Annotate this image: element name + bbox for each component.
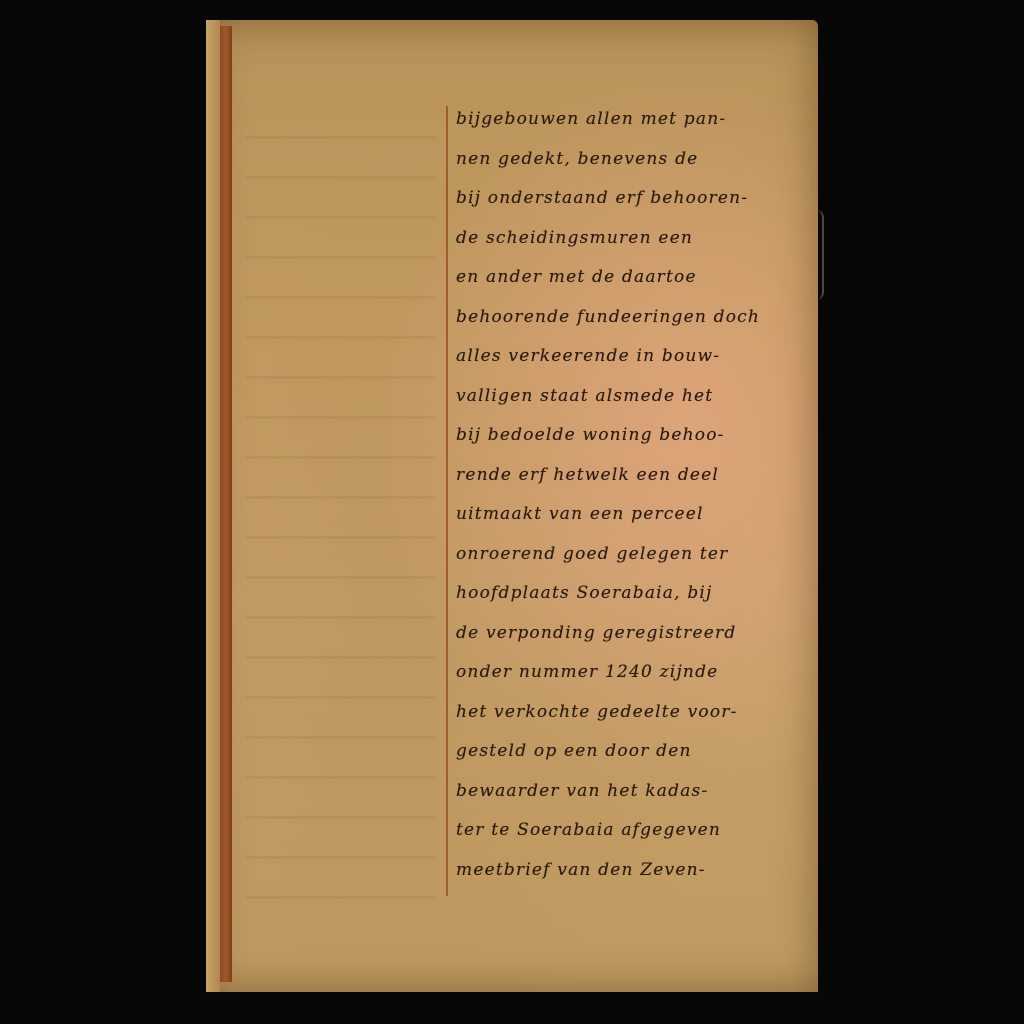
text-line: hoofdplaats Soerabaia, bij — [456, 574, 818, 614]
text-line: en ander met de daartoe — [456, 258, 818, 298]
text-line: het verkochte gedeelte voor- — [456, 693, 818, 733]
manuscript-page: bijgebouwen allen met pan- nen gedekt, b… — [206, 20, 818, 992]
text-line: behoorende fundeeringen doch — [456, 298, 818, 338]
page-edge — [206, 20, 220, 992]
text-line: de scheidingsmuren een — [456, 219, 818, 259]
text-line: valligen staat alsmede het — [456, 377, 818, 417]
text-line: bij onderstaand erf behooren- — [456, 179, 818, 219]
text-line: meetbrief van den Zeven- — [456, 851, 818, 891]
text-line: onroerend goed gelegen ter — [456, 535, 818, 575]
margin-rule — [446, 106, 448, 896]
text-line: onder nummer 1240 zijnde — [456, 653, 818, 693]
text-line: bijgebouwen allen met pan- — [456, 100, 818, 140]
text-line: uitmaakt van een perceel — [456, 495, 818, 535]
text-line: gesteld op een door den — [456, 732, 818, 772]
text-line: rende erf hetwelk een deel — [456, 456, 818, 496]
text-line: nen gedekt, benevens de — [456, 140, 818, 180]
text-line: alles verkeerende in bouw- — [456, 337, 818, 377]
bleed-through-text — [246, 100, 436, 912]
handwritten-text: bijgebouwen allen met pan- nen gedekt, b… — [456, 100, 818, 890]
text-line: bij bedoelde woning behoo- — [456, 416, 818, 456]
text-line: ter te Soerabaia afgegeven — [456, 811, 818, 851]
text-line: de verponding geregistreerd — [456, 614, 818, 654]
text-line: bewaarder van het kadas- — [456, 772, 818, 812]
binding-strip — [220, 26, 232, 982]
